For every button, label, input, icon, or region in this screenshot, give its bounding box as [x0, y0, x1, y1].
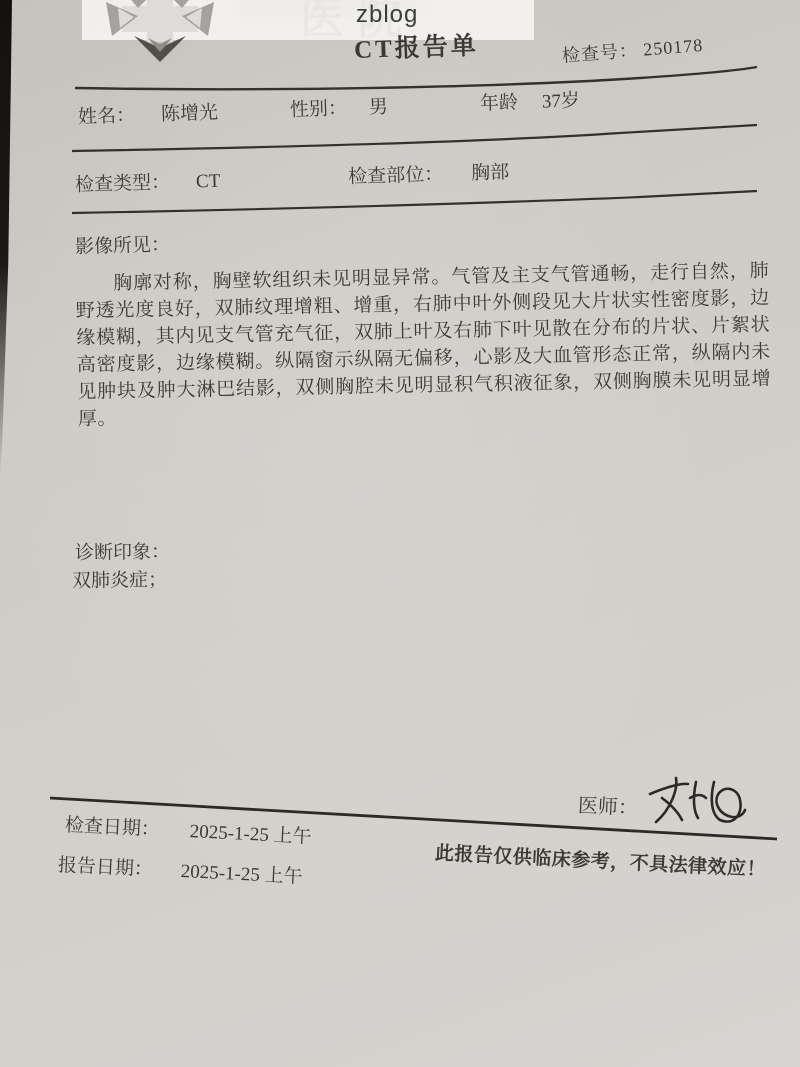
exam-type-value: CT [196, 171, 221, 193]
findings-heading: 影像所见： [75, 230, 171, 259]
exam-part-label: 检查部位： [348, 164, 444, 188]
age-label: 年龄 [480, 92, 519, 114]
exam-date-value: 2025-1-25 上午 [189, 821, 312, 848]
findings-body: 胸廓对称，胸壁软组织未见明显异常。气管及主支气管通畅，走行自然，肺野透光度良好，… [75, 258, 772, 433]
exam-date-label: 检查日期： [64, 815, 160, 841]
gender-value: 男 [369, 97, 389, 119]
doctor-label: 医师： [577, 789, 638, 821]
gender-label: 性别： [290, 98, 348, 121]
diagnosis-value: 双肺炎症； [72, 565, 167, 593]
name-label: 姓名： [78, 105, 136, 128]
patient-rule [72, 125, 757, 151]
diagnosis-heading: 诊断印象： [75, 537, 170, 565]
ct-report-photo: 医院 zblog CT报告单 检查号： 250178 姓名：陈增光性别：男年龄3 [0, 0, 800, 1067]
exam-part-value: 胸部 [471, 162, 510, 184]
name-value: 陈增光 [161, 102, 219, 125]
age-value: 37岁 [542, 90, 581, 112]
doctor-signature [640, 770, 752, 834]
exam-rule [72, 191, 757, 213]
report-date-value: 2025-1-25 上午 [180, 861, 303, 888]
report-date-label: 报告日期： [57, 855, 153, 881]
exam-type-label: 检查类型： [75, 172, 171, 196]
